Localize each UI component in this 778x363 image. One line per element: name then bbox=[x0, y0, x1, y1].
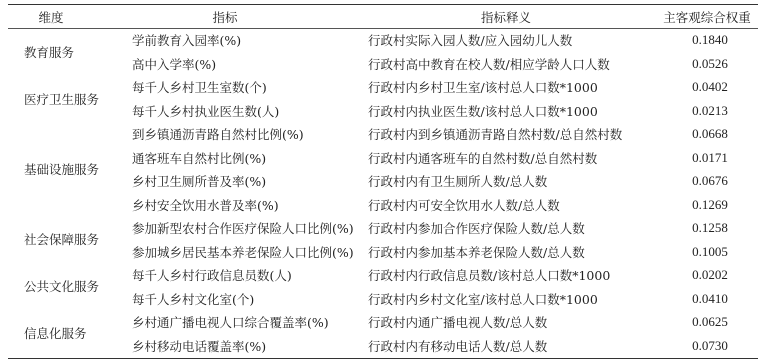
weight-cell: 0.0676 bbox=[660, 173, 760, 189]
table-bottom-rule bbox=[8, 358, 758, 359]
weight-cell: 0.0625 bbox=[660, 314, 760, 330]
indicator-cell: 每千人乡村行政信息员数(人) bbox=[132, 266, 292, 284]
header-explanation: 指标释义 bbox=[356, 8, 656, 26]
explanation-cell: 行政村内参加基本养老保险人数/总人数 bbox=[368, 243, 585, 261]
explanation-cell: 行政村内可安全饮用水人数/总人数 bbox=[368, 196, 560, 214]
weight-cell: 0.0202 bbox=[660, 267, 760, 283]
table-row: 乡村移动电话覆盖率(%) 行政村内有移动电话人数/总人数 0.0730 bbox=[8, 335, 758, 357]
table-row: 每千人乡村卫生室数(个) 行政村内乡村卫生室/该村总人口数*1000 0.040… bbox=[8, 76, 758, 98]
table-row: 通客班车自然村比例(%) 行政村内通客班车的自然村数/总自然村数 0.0171 bbox=[8, 147, 758, 169]
indicator-cell: 乡村安全饮用水普及率(%) bbox=[132, 196, 279, 214]
table-body: 教育服务 医疗卫生服务 基础设施服务 社会保障服务 公共文化服务 信息化服务 学… bbox=[8, 29, 758, 358]
explanation-cell: 行政村高中教育在校人数/相应学龄人口人数 bbox=[368, 55, 610, 73]
table-row: 学前教育入园率(%) 行政村实际入园人数/应入园幼儿人数 0.1840 bbox=[8, 29, 758, 51]
indicator-cell: 每千人乡村文化室(个) bbox=[132, 290, 254, 308]
table-header-row: 维度 指标 指标释义 主客观综合权重 bbox=[8, 5, 758, 28]
weight-cell: 0.1840 bbox=[660, 32, 760, 48]
table-row: 每千人乡村执业医生数(人) 行政村内执业医生数/该村总人口数*1000 0.02… bbox=[8, 100, 758, 122]
header-dimension: 维度 bbox=[8, 8, 94, 26]
explanation-cell: 行政村内乡村文化室/该村总人口数*1000 bbox=[368, 290, 598, 308]
table-row: 到乡镇通沥青路自然村比例(%) 行政村内到乡镇通沥青路自然村数/总自然村数 0.… bbox=[8, 123, 758, 145]
weight-cell: 0.0410 bbox=[660, 291, 760, 307]
table-row: 每千人乡村文化室(个) 行政村内乡村文化室/该村总人口数*1000 0.0410 bbox=[8, 288, 758, 310]
explanation-cell: 行政村内到乡镇通沥青路自然村数/总自然村数 bbox=[368, 125, 622, 143]
indicator-cell: 每千人乡村卫生室数(个) bbox=[132, 78, 267, 96]
indicator-cell: 乡村卫生厕所普及率(%) bbox=[132, 172, 266, 190]
explanation-cell: 行政村内通客班车的自然村数/总自然村数 bbox=[368, 149, 597, 167]
weight-cell: 0.0526 bbox=[660, 56, 760, 72]
indicator-cell: 参加新型农村合作医疗保险人口比例(%) bbox=[132, 219, 354, 237]
weight-cell: 0.1005 bbox=[660, 244, 760, 260]
indicator-cell: 学前教育入园率(%) bbox=[132, 31, 241, 49]
header-weight: 主客观综合权重 bbox=[656, 8, 758, 26]
indicator-cell: 高中入学率(%) bbox=[132, 55, 216, 73]
table-row: 乡村卫生厕所普及率(%) 行政村内有卫生厕所人数/总人数 0.0676 bbox=[8, 170, 758, 192]
indicator-weight-table: 维度 指标 指标释义 主客观综合权重 教育服务 医疗卫生服务 基础设施服务 社会… bbox=[8, 4, 758, 359]
table-row: 高中入学率(%) 行政村高中教育在校人数/相应学龄人口人数 0.0526 bbox=[8, 53, 758, 75]
indicator-cell: 到乡镇通沥青路自然村比例(%) bbox=[132, 125, 304, 143]
weight-cell: 0.0213 bbox=[660, 103, 760, 119]
indicator-cell: 乡村移动电话覆盖率(%) bbox=[132, 337, 266, 355]
weight-cell: 0.1269 bbox=[660, 197, 760, 213]
explanation-cell: 行政村内有移动电话人数/总人数 bbox=[368, 337, 547, 355]
table-row: 乡村通广播电视人口综合覆盖率(%) 行政村内通广播电视人数/总人数 0.0625 bbox=[8, 311, 758, 333]
weight-cell: 0.0730 bbox=[660, 338, 760, 354]
explanation-cell: 行政村内乡村卫生室/该村总人口数*1000 bbox=[368, 78, 598, 96]
weight-cell: 0.0402 bbox=[660, 79, 760, 95]
explanation-cell: 行政村内参加合作医疗保险人数/总人数 bbox=[368, 219, 585, 237]
indicator-cell: 参加城乡居民基本养老保险人口比例(%) bbox=[132, 243, 354, 261]
explanation-cell: 行政村内有卫生厕所人数/总人数 bbox=[368, 172, 547, 190]
table-row: 乡村安全饮用水普及率(%) 行政村内可安全饮用水人数/总人数 0.1269 bbox=[8, 194, 758, 216]
indicator-cell: 每千人乡村执业医生数(人) bbox=[132, 102, 279, 120]
table-row: 每千人乡村行政信息员数(人) 行政村内行政信息员数/该村总人口数*1000 0.… bbox=[8, 264, 758, 286]
header-indicator: 指标 bbox=[94, 8, 356, 26]
indicator-cell: 乡村通广播电视人口综合覆盖率(%) bbox=[132, 313, 329, 331]
indicator-cell: 通客班车自然村比例(%) bbox=[132, 149, 266, 167]
weight-cell: 0.0171 bbox=[660, 150, 760, 166]
table-row: 参加城乡居民基本养老保险人口比例(%) 行政村内参加基本养老保险人数/总人数 0… bbox=[8, 241, 758, 263]
weight-cell: 0.1258 bbox=[660, 220, 760, 236]
explanation-cell: 行政村实际入园人数/应入园幼儿人数 bbox=[368, 31, 572, 49]
explanation-cell: 行政村内行政信息员数/该村总人口数*1000 bbox=[368, 266, 610, 284]
weight-cell: 0.0668 bbox=[660, 126, 760, 142]
explanation-cell: 行政村内执业医生数/该村总人口数*1000 bbox=[368, 102, 598, 120]
explanation-cell: 行政村内通广播电视人数/总人数 bbox=[368, 313, 547, 331]
table-row: 参加新型农村合作医疗保险人口比例(%) 行政村内参加合作医疗保险人数/总人数 0… bbox=[8, 217, 758, 239]
